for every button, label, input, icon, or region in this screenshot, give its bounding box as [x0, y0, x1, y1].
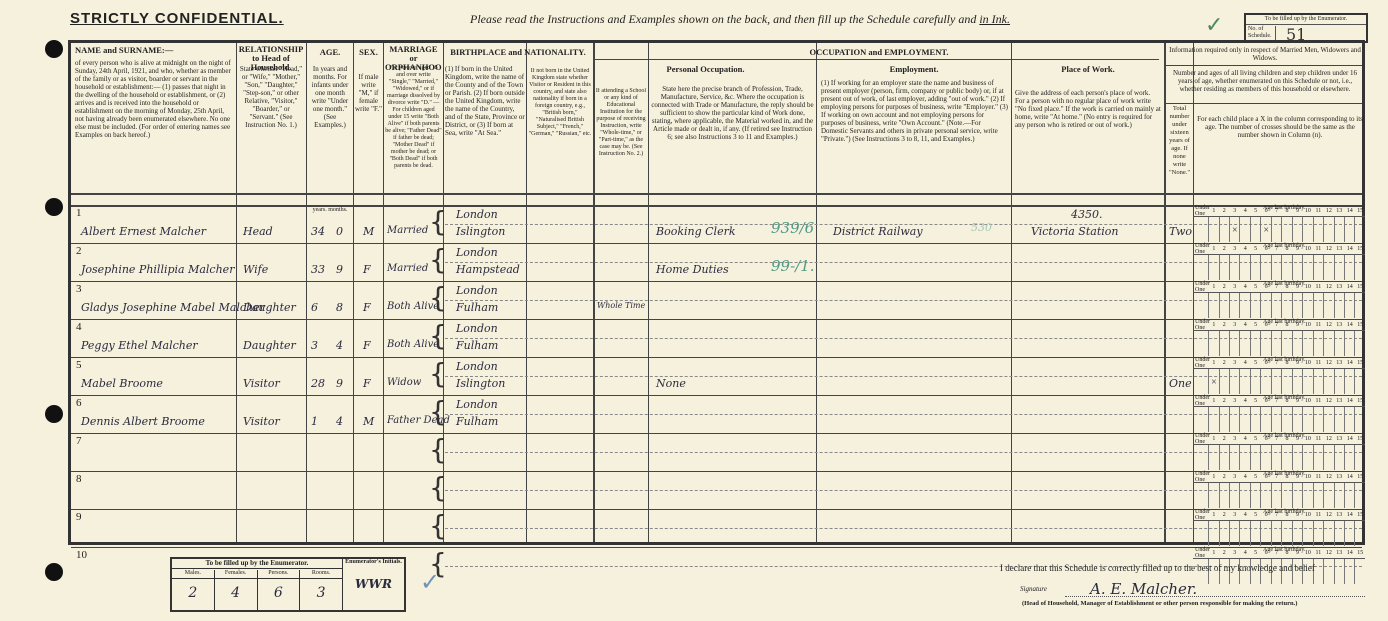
age-cell-7: 7 — [1271, 369, 1281, 394]
row-number: 9 — [76, 511, 82, 523]
age-cell-5: 5 — [1250, 483, 1260, 508]
age-label: 6 — [1261, 208, 1270, 214]
age-cell-15: 15 — [1354, 217, 1364, 242]
age-label: 6 — [1261, 512, 1270, 518]
table-row: 8{Under OneAge last birthday.12345678910… — [71, 471, 1362, 509]
age-cell-10: 10 — [1302, 217, 1312, 242]
age-label: 7 — [1272, 512, 1281, 518]
signature: A. E. Malcher. — [1090, 580, 1197, 598]
age-label: 3 — [1230, 398, 1239, 404]
age-cells: 123×456×789101112131415 — [1193, 217, 1365, 242]
age-label: 11 — [1314, 398, 1323, 404]
age-cell-13: 13 — [1334, 255, 1344, 280]
age-cell-2: 2 — [1219, 331, 1229, 356]
table-row: 6{Dennis Albert BroomeVisitor14MFather D… — [71, 395, 1362, 433]
age-cell-7: 7 — [1271, 217, 1281, 242]
age-years: 1 — [311, 415, 318, 428]
age-label: 14 — [1345, 550, 1354, 556]
enum-cell-females: Females.4 — [214, 570, 257, 610]
birth-town: Fulham — [456, 415, 498, 428]
age-cell-2: 2 — [1219, 217, 1229, 242]
age-cell-5: 5 — [1250, 369, 1260, 394]
age-label: 14 — [1345, 398, 1354, 404]
age-label: 2 — [1220, 360, 1229, 366]
cross-mark: × — [1211, 377, 1217, 388]
enum-cell-persons: Persons.6 — [257, 570, 300, 610]
age-cell-3: 3× — [1229, 217, 1239, 242]
age-cell-6: 6× — [1260, 217, 1270, 242]
age-label: 7 — [1272, 398, 1281, 404]
age-cells: 123456789101112131415 — [1193, 293, 1365, 318]
punch-hole — [45, 198, 63, 216]
age-label: 4 — [1240, 550, 1249, 556]
under-one-label: Under One — [1195, 357, 1209, 369]
table-row: 7{Under OneAge last birthday.12345678910… — [71, 433, 1362, 471]
age-label: 7 — [1272, 208, 1281, 214]
age-label: 2 — [1220, 398, 1229, 404]
age-label: 12 — [1324, 436, 1333, 442]
age-cell-11: 11 — [1313, 293, 1323, 318]
age-cell-1: 1 — [1208, 255, 1218, 280]
children-total: Two — [1169, 225, 1192, 238]
age-cell-3: 3 — [1229, 521, 1239, 546]
age-label: 7 — [1272, 246, 1281, 252]
age-label: 14 — [1345, 512, 1354, 518]
age-cell-1: 1 — [1208, 483, 1218, 508]
person-name: Josephine Phillipia Malcher — [81, 263, 234, 276]
person-name: Gladys Josephine Mabel Malcher — [81, 301, 265, 314]
age-label: 3 — [1230, 550, 1239, 556]
age-cell-13: 13 — [1334, 331, 1344, 356]
age-cell-15: 15 — [1354, 369, 1364, 394]
age-label: 7 — [1272, 284, 1281, 290]
row-number: 10 — [76, 549, 87, 561]
age-label: 3 — [1230, 360, 1239, 366]
age-cell-2: 2 — [1219, 445, 1229, 470]
age-cell-under-one — [1193, 445, 1208, 470]
age-label: 9 — [1293, 474, 1302, 480]
age-label: 12 — [1324, 284, 1333, 290]
age-label: 5 — [1251, 436, 1260, 442]
age-label: 4 — [1240, 512, 1249, 518]
age-cells: 123456789101112131415 — [1193, 407, 1365, 432]
age-cell-14: 14 — [1344, 331, 1354, 356]
age-label: 8 — [1282, 246, 1291, 252]
age-cell-under-one — [1193, 331, 1208, 356]
age-cell-13: 13 — [1334, 483, 1344, 508]
age-label: 5 — [1251, 284, 1260, 290]
birth-town: Fulham — [456, 301, 498, 314]
age-cell-9: 9 — [1292, 445, 1302, 470]
age-label: 1 — [1209, 474, 1218, 480]
cross-mark: × — [1232, 225, 1238, 236]
age-cell-9: 9 — [1292, 293, 1302, 318]
age-cell-14: 14 — [1344, 255, 1354, 280]
age-cell-7: 7 — [1271, 255, 1281, 280]
age-cell-14: 14 — [1344, 407, 1354, 432]
punch-hole — [45, 563, 63, 581]
age-cell-6: 6 — [1260, 369, 1270, 394]
instructions-line: Please read the Instructions and Example… — [470, 12, 1010, 27]
age-cell-13: 13 — [1334, 407, 1344, 432]
age-label: 7 — [1272, 360, 1281, 366]
person-name: Dennis Albert Broome — [81, 415, 205, 428]
occupation-code: 99-/1. — [771, 257, 815, 275]
age-label: 1 — [1209, 436, 1218, 442]
age-cell-9: 9 — [1292, 217, 1302, 242]
sex: F — [363, 263, 371, 276]
age-label: 2 — [1220, 550, 1229, 556]
age-cell-1: 1 — [1208, 407, 1218, 432]
age-label: 7 — [1272, 322, 1281, 328]
age-cell-8: 8 — [1281, 331, 1291, 356]
age-label: 4 — [1240, 436, 1249, 442]
age-cell-under-one — [1193, 407, 1208, 432]
age-cell-5: 5 — [1250, 217, 1260, 242]
age-cell-4: 4 — [1239, 483, 1249, 508]
age-label: 15 — [1355, 322, 1364, 328]
age-label: 3 — [1230, 246, 1239, 252]
age-label: 9 — [1293, 436, 1302, 442]
age-label: 15 — [1355, 208, 1364, 214]
age-cell-7: 7 — [1271, 521, 1281, 546]
age-label: 1 — [1209, 550, 1218, 556]
age-cell-1: 1 — [1208, 217, 1218, 242]
birth-county: London — [456, 360, 498, 373]
age-label: 10 — [1303, 360, 1312, 366]
age-cell-7: 7 — [1271, 293, 1281, 318]
age-label: 15 — [1355, 474, 1364, 480]
age-label: 11 — [1314, 284, 1323, 290]
check-mark-icon: ✓ — [1205, 12, 1223, 38]
enum-label: Males. — [172, 570, 214, 579]
age-cell-15: 15 — [1354, 445, 1364, 470]
children-age-grid: Under OneAge last birthday.1234567891011… — [1193, 433, 1365, 471]
person-name: Albert Ernest Malcher — [81, 225, 206, 238]
age-cell-11: 11 — [1313, 331, 1323, 356]
age-label: 5 — [1251, 512, 1260, 518]
age-cell-12: 12 — [1323, 483, 1333, 508]
age-label: 2 — [1220, 208, 1229, 214]
row-number: 1 — [76, 207, 82, 219]
age-label: 5 — [1251, 550, 1260, 556]
row-number: 5 — [76, 359, 82, 371]
age-label: 13 — [1335, 474, 1344, 480]
row-divider — [71, 395, 1362, 396]
age-label: 14 — [1345, 246, 1354, 252]
age-label: 9 — [1293, 512, 1302, 518]
marital-status: Both Alive — [387, 339, 439, 350]
table-row: 4{Peggy Ethel MalcherDaughter34FBoth Ali… — [71, 319, 1362, 357]
age-cell-6: 6 — [1260, 445, 1270, 470]
age-months: 0 — [336, 225, 343, 238]
age-label: 5 — [1251, 360, 1260, 366]
age-label: 4 — [1240, 208, 1249, 214]
enum-value: 2 — [172, 585, 214, 601]
age-cell-11: 11 — [1313, 521, 1323, 546]
age-label: 1 — [1209, 246, 1218, 252]
row-number: 2 — [76, 245, 82, 257]
age-cell-4: 4 — [1239, 255, 1249, 280]
age-cell-under-one — [1193, 217, 1208, 242]
age-label: 9 — [1293, 550, 1302, 556]
marital-status: Father Dead — [387, 415, 450, 426]
marital-status: Married — [387, 225, 428, 236]
birth-town: Fulham — [456, 339, 498, 352]
age-label: 6 — [1261, 360, 1270, 366]
age-label: 13 — [1335, 360, 1344, 366]
age-label: 11 — [1314, 550, 1323, 556]
age-cell-15: 15 — [1354, 293, 1364, 318]
birth-county: London — [456, 322, 498, 335]
age-cell-8: 8 — [1281, 445, 1291, 470]
under-one-label: Under One — [1195, 471, 1209, 483]
age-cell-14: 14 — [1344, 521, 1354, 546]
brace-icon: { — [429, 246, 447, 274]
age-label: 10 — [1303, 246, 1312, 252]
age-label: 8 — [1282, 322, 1291, 328]
age-cell-13: 13 — [1334, 445, 1344, 470]
age-label: 12 — [1324, 208, 1333, 214]
age-label: 10 — [1303, 474, 1312, 480]
age-cell-1: 1 — [1208, 331, 1218, 356]
age-label: 8 — [1282, 474, 1291, 480]
age-label: 3 — [1230, 436, 1239, 442]
census-form: NAME and SURNAME:— of every person who i… — [68, 40, 1365, 545]
age-label: 4 — [1240, 398, 1249, 404]
age-label: 3 — [1230, 208, 1239, 214]
age-cell-12: 12 — [1323, 331, 1333, 356]
age-label: 9 — [1293, 398, 1302, 404]
age-cell-6: 6 — [1260, 293, 1270, 318]
age-cell-15: 15 — [1354, 331, 1364, 356]
row-number: 7 — [76, 435, 82, 447]
age-cell-1: 1 — [1208, 293, 1218, 318]
age-cells: 123456789101112131415 — [1193, 255, 1365, 280]
person-name: Peggy Ethel Malcher — [81, 339, 198, 352]
age-cell-4: 4 — [1239, 521, 1249, 546]
age-label: 5 — [1251, 398, 1260, 404]
age-label: 11 — [1314, 512, 1323, 518]
age-label: 8 — [1282, 284, 1291, 290]
row-divider — [71, 243, 1362, 244]
age-cell-3: 3 — [1229, 293, 1239, 318]
row-number: 4 — [76, 321, 82, 333]
age-label: 5 — [1251, 474, 1260, 480]
sex: F — [363, 377, 371, 390]
age-cell-11: 11 — [1313, 369, 1323, 394]
enum-label: Persons. — [258, 570, 300, 579]
age-label: 15 — [1355, 398, 1364, 404]
age-cell-8: 8 — [1281, 369, 1291, 394]
age-label: 6 — [1261, 398, 1270, 404]
age-label: 4 — [1240, 322, 1249, 328]
age-label: 5 — [1251, 246, 1260, 252]
age-cell-2: 2 — [1219, 521, 1229, 546]
children-total: One — [1169, 377, 1192, 390]
under-one-label: Under One — [1195, 547, 1209, 559]
age-cell-1: 1× — [1208, 369, 1218, 394]
age-label: 12 — [1324, 246, 1333, 252]
age-label: 11 — [1314, 474, 1323, 480]
age-cell-2: 2 — [1219, 369, 1229, 394]
age-label: 9 — [1293, 284, 1302, 290]
cross-mark: × — [1263, 225, 1269, 236]
age-cell-12: 12 — [1323, 217, 1333, 242]
under-one-label: Under One — [1195, 243, 1209, 255]
age-label: 1 — [1209, 398, 1218, 404]
table-row: 9{Under OneAge last birthday.12345678910… — [71, 509, 1362, 547]
age-cell-11: 11 — [1313, 217, 1323, 242]
age-label: 12 — [1324, 398, 1333, 404]
table-row: 2{Josephine Phillipia MalcherWife339FMar… — [71, 243, 1362, 281]
age-cell-4: 4 — [1239, 331, 1249, 356]
age-cell-12: 12 — [1323, 369, 1333, 394]
age-cells: 123456789101112131415 — [1193, 331, 1365, 356]
age-cell-5: 5 — [1250, 521, 1260, 546]
header-name: NAME and SURNAME:— — [75, 46, 235, 55]
enum-value: 4 — [215, 585, 257, 601]
age-cell-4: 4 — [1239, 217, 1249, 242]
age-years: 28 — [311, 377, 325, 390]
age-months: 9 — [336, 377, 343, 390]
marital-status: Married — [387, 263, 428, 274]
age-months: 8 — [336, 301, 343, 314]
age-cell-9: 9 — [1292, 521, 1302, 546]
age-label: 5 — [1251, 322, 1260, 328]
age-label: 7 — [1272, 474, 1281, 480]
age-cell-4: 4 — [1239, 369, 1249, 394]
relationship: Daughter — [243, 301, 296, 314]
row-divider — [71, 357, 1362, 358]
age-cell-2: 2 — [1219, 407, 1229, 432]
under-one-label: Under One — [1195, 433, 1209, 445]
under-one-label: Under One — [1195, 205, 1209, 217]
age-cell-12: 12 — [1323, 293, 1333, 318]
punch-hole — [45, 40, 63, 58]
age-cell-14: 14 — [1344, 369, 1354, 394]
age-cell-7: 7 — [1271, 445, 1281, 470]
age-label: 13 — [1335, 550, 1344, 556]
age-cell-8: 8 — [1281, 217, 1291, 242]
age-cell-5: 5 — [1250, 255, 1260, 280]
children-age-grid: Under OneAge last birthday.1234567891011… — [1193, 243, 1365, 281]
brace-icon: { — [429, 512, 447, 540]
age-cell-8: 8 — [1281, 521, 1291, 546]
age-label: 13 — [1335, 246, 1344, 252]
age-cell-6: 6 — [1260, 255, 1270, 280]
age-label: 6 — [1261, 550, 1270, 556]
page-title: STRICTLY CONFIDENTIAL. — [70, 10, 284, 27]
row-divider — [71, 281, 1362, 282]
age-years: 3 — [311, 339, 318, 352]
employer-code: 530 — [971, 221, 992, 234]
age-label: 4 — [1240, 360, 1249, 366]
age-label: 14 — [1345, 360, 1354, 366]
table-row: 5{Mabel BroomeVisitor289FWidowLondonIsli… — [71, 357, 1362, 395]
age-label: 10 — [1303, 208, 1312, 214]
age-label: 8 — [1282, 208, 1291, 214]
age-cell-10: 10 — [1302, 255, 1312, 280]
age-cell-11: 11 — [1313, 407, 1323, 432]
relationship: Head — [243, 225, 273, 238]
age-cell-10: 10 — [1302, 521, 1312, 546]
children-age-grid: Under OneAge last birthday.1234567891011… — [1193, 319, 1365, 357]
brace-icon: { — [429, 436, 447, 464]
age-cell-2: 2 — [1219, 293, 1229, 318]
age-cell-10: 10 — [1302, 445, 1312, 470]
age-label: 14 — [1345, 436, 1354, 442]
age-cell-3: 3 — [1229, 369, 1239, 394]
age-label: 15 — [1355, 360, 1364, 366]
age-label: 10 — [1303, 284, 1312, 290]
age-cell-5: 5 — [1250, 293, 1260, 318]
age-cell-7: 7 — [1271, 407, 1281, 432]
brace-icon: { — [429, 360, 447, 388]
check-mark-icon: ✓ — [420, 568, 440, 597]
age-cell-11: 11 — [1313, 483, 1323, 508]
relationship: Wife — [243, 263, 268, 276]
age-label: 15 — [1355, 284, 1364, 290]
employer: District Railway — [833, 225, 923, 238]
age-cell-1: 1 — [1208, 521, 1218, 546]
age-years: 34 — [311, 225, 325, 238]
age-cell-13: 13 — [1334, 217, 1344, 242]
age-label: 3 — [1230, 474, 1239, 480]
row-number: 8 — [76, 473, 82, 485]
age-label: 6 — [1261, 284, 1270, 290]
person-name: Mabel Broome — [81, 377, 163, 390]
age-cell-8: 8 — [1281, 483, 1291, 508]
age-label: 13 — [1335, 284, 1344, 290]
age-cell-11: 11 — [1313, 445, 1323, 470]
age-cell-under-one — [1193, 293, 1208, 318]
age-cell-15: 15 — [1354, 559, 1364, 584]
enum-label: Females. — [215, 570, 257, 579]
age-cell-13: 13 — [1334, 293, 1344, 318]
schedule-number-box: To be filled up by the Enumerator. No. o… — [1244, 13, 1368, 43]
place-code: 4350. — [1071, 208, 1103, 221]
age-label: 4 — [1240, 284, 1249, 290]
sex: M — [363, 415, 374, 428]
age-months: 9 — [336, 263, 343, 276]
brace-icon: { — [429, 474, 447, 502]
age-label: 8 — [1282, 360, 1291, 366]
children-age-grid: Under OneAge last birthday.123×456×78910… — [1193, 205, 1365, 243]
age-cells: 1×23456789101112131415 — [1193, 369, 1365, 394]
age-label: 12 — [1324, 322, 1333, 328]
under-one-label: Under One — [1195, 509, 1209, 521]
age-label: 14 — [1345, 208, 1354, 214]
age-label: 1 — [1209, 322, 1218, 328]
marital-status: Widow — [387, 377, 421, 388]
age-cell-12: 12 — [1323, 255, 1333, 280]
age-cell-14: 14 — [1344, 293, 1354, 318]
age-label: 3 — [1230, 322, 1239, 328]
age-label: 14 — [1345, 474, 1354, 480]
age-cell-13: 13 — [1334, 521, 1344, 546]
age-label: 9 — [1293, 246, 1302, 252]
age-cell-6: 6 — [1260, 521, 1270, 546]
birth-county: London — [456, 208, 498, 221]
age-label: 11 — [1314, 360, 1323, 366]
children-age-grid: Under OneAge last birthday.1234567891011… — [1193, 509, 1365, 547]
age-cell-13: 13 — [1334, 369, 1344, 394]
age-label: 4 — [1240, 246, 1249, 252]
age-cell-9: 9 — [1292, 369, 1302, 394]
enum-cell-males: Males.2 — [172, 570, 214, 610]
row-divider — [71, 509, 1362, 510]
